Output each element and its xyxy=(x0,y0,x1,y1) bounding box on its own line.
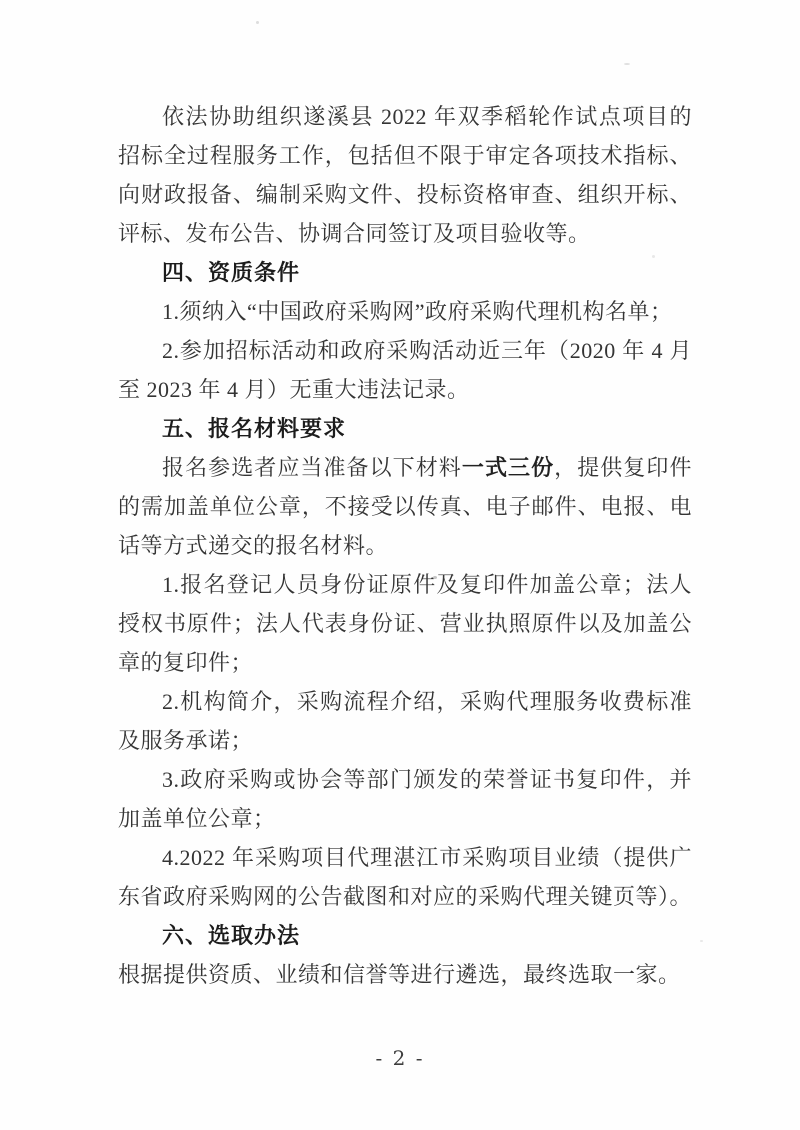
section-heading-materials: 五、报名材料要求 xyxy=(118,409,692,448)
materials-lead-emphasis: 一式三份 xyxy=(462,455,554,480)
qualification-item-1: 1.须纳入“中国政府采购网”政府采购代理机构名单； xyxy=(118,292,692,331)
selection-paragraph: 根据提供资质、业绩和信誉等进行遴选，最终选取一家。 xyxy=(118,955,692,994)
materials-item-4: 4.2022 年采购项目代理湛江市采购项目业绩（提供广东省政府采购网的公告截图和… xyxy=(118,838,692,916)
document-content: 依法协助组织遂溪县 2022 年双季稻轮作试点项目的招标全过程服务工作，包括但不… xyxy=(118,97,692,994)
scan-speck xyxy=(624,63,630,65)
scan-speck xyxy=(652,255,655,258)
scanned-document-page: 依法协助组织遂溪县 2022 年双季稻轮作试点项目的招标全过程服务工作，包括但不… xyxy=(0,0,800,1130)
materials-lead-pre: 报名参选者应当准备以下材料 xyxy=(162,455,462,480)
intro-paragraph: 依法协助组织遂溪县 2022 年双季稻轮作试点项目的招标全过程服务工作，包括但不… xyxy=(118,97,692,253)
section-heading-qualifications: 四、资质条件 xyxy=(118,253,692,292)
scan-speck xyxy=(256,21,259,24)
scan-speck xyxy=(700,940,703,942)
materials-lead-paragraph: 报名参选者应当准备以下材料一式三份，提供复印件的需加盖单位公章，不接受以传真、电… xyxy=(118,448,692,565)
qualification-item-2: 2.参加招标活动和政府采购活动近三年（2020 年 4 月至 2023 年 4 … xyxy=(118,331,692,409)
materials-item-2: 2.机构简介，采购流程介绍，采购代理服务收费标准及服务承诺； xyxy=(118,682,692,760)
section-heading-selection: 六、选取办法 xyxy=(118,916,692,955)
materials-item-3: 3.政府采购或协会等部门颁发的荣誉证书复印件，并加盖单位公章； xyxy=(118,760,692,838)
materials-item-1: 1.报名登记人员身份证原件及复印件加盖公章；法人授权书原件；法人代表身份证、营业… xyxy=(118,565,692,682)
scan-speck xyxy=(433,576,437,579)
page-number: - 2 - xyxy=(0,1046,800,1070)
